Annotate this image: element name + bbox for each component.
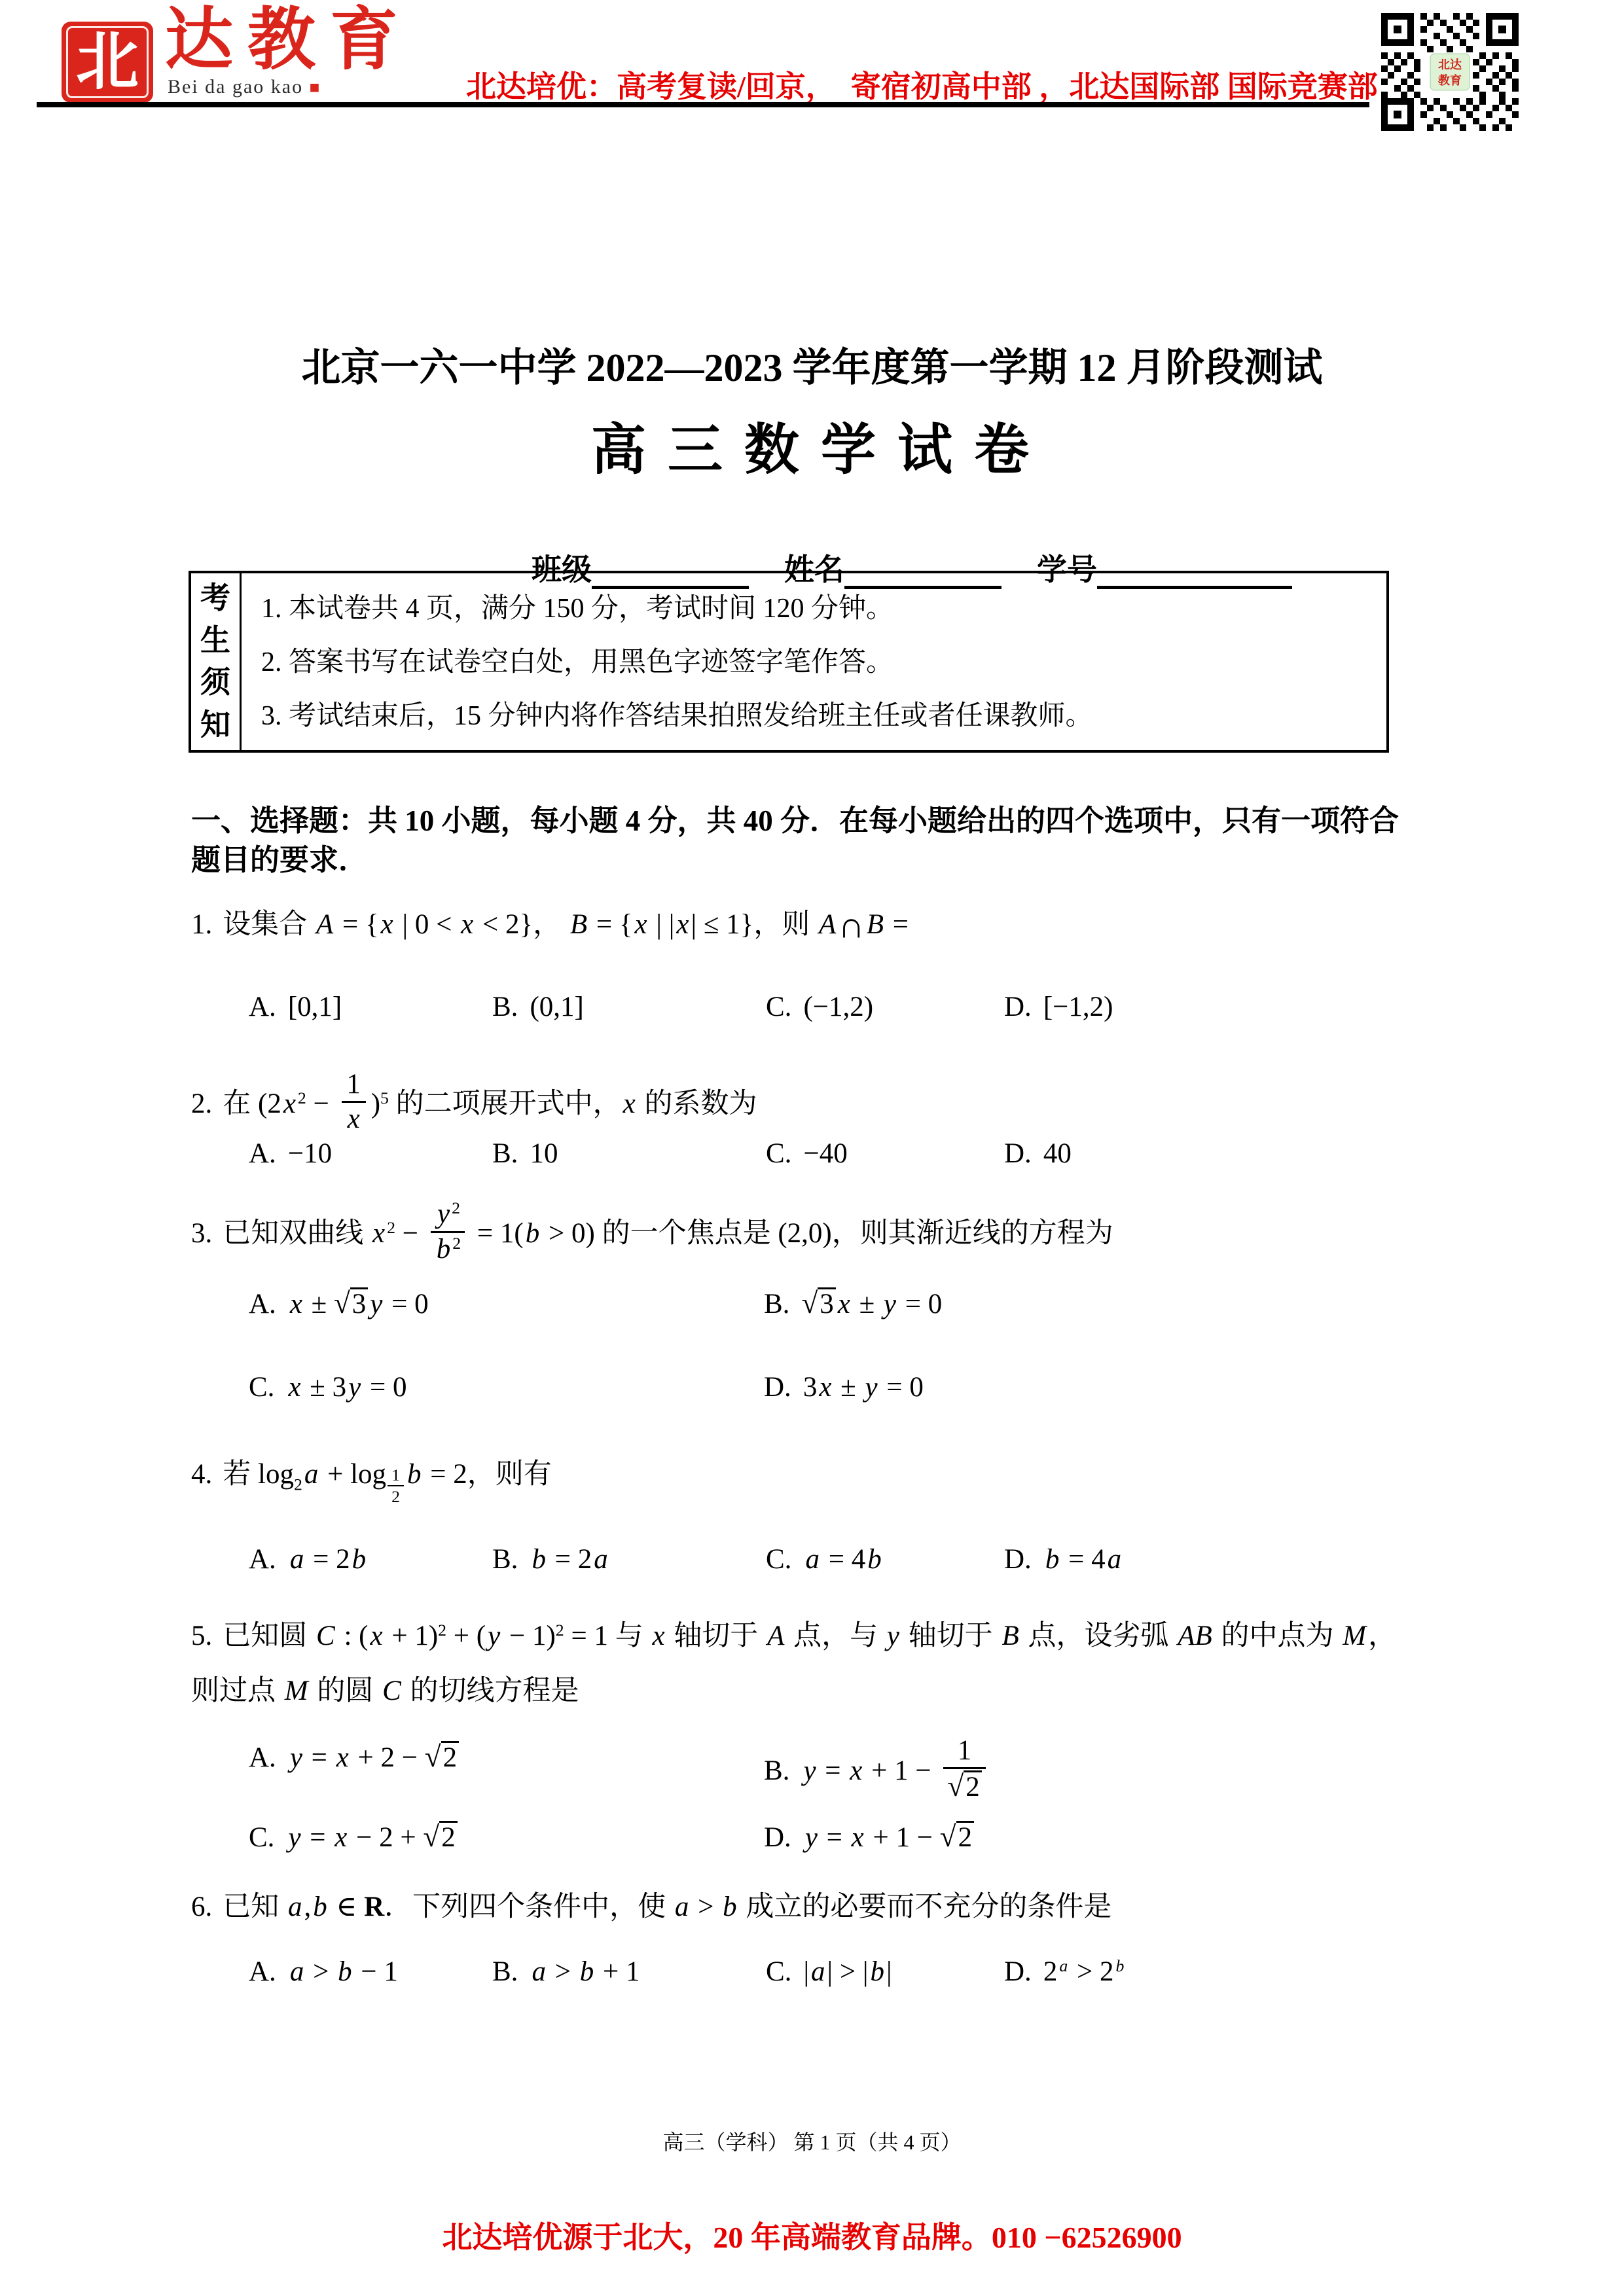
question-3-stem: 3.已知双曲线 x2 − y2b2 = 1(b > 0) 的一个焦点是 (2,0…	[191, 1203, 1113, 1268]
question-1-number: 1.	[191, 909, 212, 940]
question-5-option-d: D.y = x + 1 − √2	[764, 1820, 974, 1854]
question-2-option-c: C.−40	[766, 1138, 848, 1170]
question-2-number: 2.	[191, 1088, 212, 1119]
question-5-option-a: A.y = x + 2 − √2	[249, 1740, 459, 1774]
question-3-number: 3.	[191, 1218, 212, 1249]
question-2-option-a: A.−10	[249, 1138, 332, 1170]
exam-subtitle: 高 三 数 学 试 卷	[0, 406, 1624, 485]
question-6-option-b: B.a > b + 1	[492, 1956, 640, 1988]
footer-promo: 北达培优源于北大，20 年高端教育品牌。010 −62526900	[0, 2214, 1624, 2257]
notice-item-3: 3. 考试结束后，15 分钟内将作答结果拍照发给班主任或者任课教师。	[261, 694, 1367, 733]
question-6-option-a: A.a > b − 1	[249, 1956, 398, 1988]
qr-center-text-2: 教育	[1437, 73, 1462, 87]
section-1-heading: 一、选择题：共 10 小题，每小题 4 分，共 40 分．在每小题给出的四个选项…	[191, 801, 1422, 880]
question-4-option-d: D.b = 4a	[1004, 1543, 1123, 1575]
question-3-option-a: A.x ± √3y = 0	[249, 1286, 429, 1320]
bei-seal-icon: 北	[62, 22, 153, 103]
question-6-option-c: C.|a| > |b|	[766, 1956, 892, 1988]
question-1-option-b: B.(0,1]	[492, 991, 584, 1023]
question-1-option-c: C.(−1,2)	[766, 991, 873, 1023]
question-4-option-b: B.b = 2a	[492, 1543, 610, 1575]
seal-character: 北	[76, 31, 139, 94]
question-4-option-c: C.a = 4b	[766, 1543, 884, 1575]
question-1-option-d: D.[−1,2)	[1004, 991, 1113, 1023]
question-5-number: 5.	[191, 1621, 212, 1651]
question-2-stem: 2.在 (2x2 − 1x)5 的二项展开式中，x 的系数为	[191, 1073, 757, 1139]
question-1-stem: 1.设集合 A = {x | 0 < x < 2}， B = {x | |x| …	[191, 902, 909, 947]
question-5-option-b: B.y = x + 1 − 1√2	[764, 1740, 991, 1807]
section-1-heading-line1: 一、选择题：共 10 小题，每小题 4 分，共 40 分．在每小题给出的四个选项…	[191, 801, 1422, 840]
notice-item-2: 2. 答案书写在试卷空白处，用黑色字迹签字笔作答。	[261, 640, 1367, 679]
brand-logo-text: 达教育	[165, 7, 412, 75]
question-2-option-d: D.40	[1004, 1138, 1072, 1170]
notice-items: 1. 本试卷共 4 页，满分 150 分，考试时间 120 分钟。 2. 答案书…	[242, 573, 1386, 750]
question-5-option-c: C.y = x − 2 + √2	[249, 1820, 458, 1854]
brand-subtext: Bei da gao kao ■	[168, 76, 321, 98]
page-number: 高三（学科） 第 1 页（共 4 页）	[0, 2126, 1624, 2156]
question-5-stem-line1: 5.已知圆 C : (x + 1)2 + (y − 1)2 = 1 与 x 轴切…	[191, 1613, 1396, 1653]
question-4-stem: 4.若 log2a + log12b = 2，则有	[191, 1452, 552, 1506]
notice-side-label: 考 生 须 知	[191, 573, 242, 750]
qr-center-text-1: 北达	[1438, 58, 1462, 71]
header-tagline: 北达培优：高考复读/回京， 寄宿初高中部 ，北达国际部 国际竞赛部	[466, 63, 1378, 106]
qr-code-icon: 北达 教育	[1381, 13, 1519, 131]
question-5-stem-line2: 则过点 M 的圆 C 的切线方程是	[191, 1668, 579, 1708]
question-6-option-d: D.2a > 2b	[1004, 1956, 1126, 1988]
question-3-option-c: C.x ± 3y = 0	[249, 1371, 407, 1403]
header-divider-rule	[37, 102, 1369, 107]
question-4-number: 4.	[191, 1459, 212, 1490]
exam-title: 北京一六一中学 2022—2023 学年度第一学期 12 月阶段测试	[0, 336, 1624, 393]
question-6-stem: 6.已知 a,b ∈ R．下列四个条件中，使 a > b 成立的必要而不充分的条…	[191, 1884, 1111, 1924]
exam-page: 北 达教育 Bei da gao kao ■ 北达培优：高考复读/回京， 寄宿初…	[0, 0, 1624, 2296]
brand-square-icon: ■	[310, 78, 321, 97]
question-1-option-a: A.[0,1]	[249, 991, 342, 1023]
notice-item-1: 1. 本试卷共 4 页，满分 150 分，考试时间 120 分钟。	[261, 586, 1367, 626]
question-3-option-d: D.3x ± y = 0	[764, 1371, 924, 1403]
question-4-option-a: A.a = 2b	[249, 1543, 368, 1575]
question-3-option-b: B.√3x ± y = 0	[764, 1286, 942, 1320]
notice-box: 考 生 须 知 1. 本试卷共 4 页，满分 150 分，考试时间 120 分钟…	[189, 571, 1389, 753]
question-6-number: 6.	[191, 1892, 212, 1922]
question-2-option-b: B.10	[492, 1138, 558, 1170]
section-1-heading-line2: 题目的要求．	[191, 840, 1422, 880]
